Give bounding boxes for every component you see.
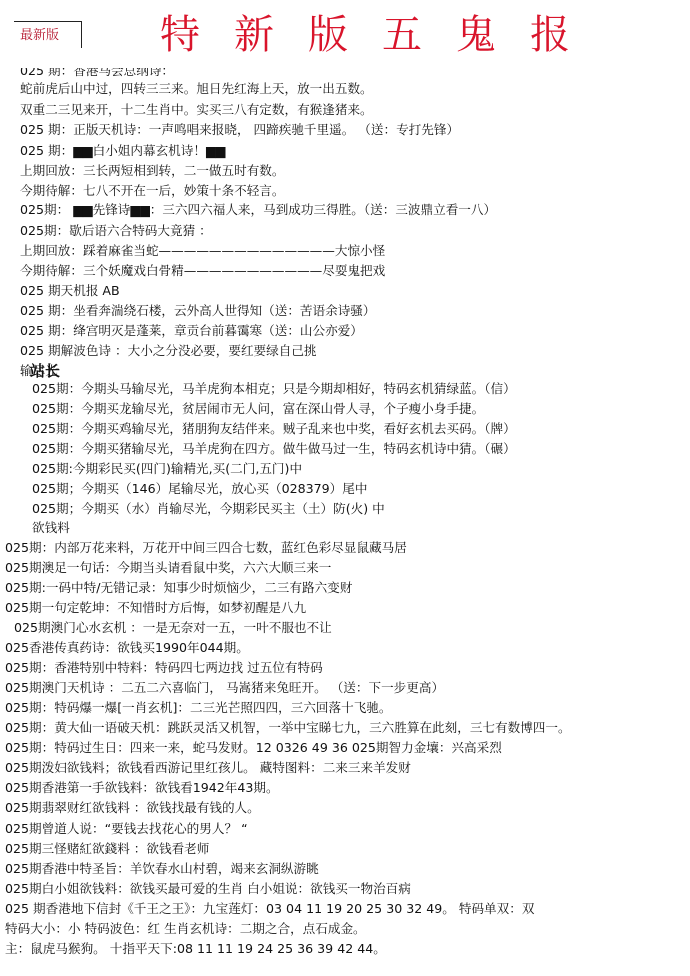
title-char: 报 xyxy=(530,3,570,60)
text-line: 025期：歇后语六合特码大竟猜 ： xyxy=(20,222,212,240)
page-title: 特 新 版 五 鬼 报 xyxy=(160,2,570,60)
text-line: 025期香港中特圣旨：羊饮春水山村碧，竭来玄洞纵游眺 xyxy=(5,860,319,878)
title-char: 五 xyxy=(382,3,422,60)
text-line: 025期：黄大仙一语破天机：跳跃灵活又机智，一举中宝睇七九，三六胜算在此刻，三七… xyxy=(5,719,571,737)
text-line: 025 期：绛宫明灭是蓬莱，章贡台前暮霭寒（送：山公亦爱） xyxy=(20,322,363,340)
text-line: 025期：今期买鸡输尽光，猪朋狗友结伴来。贼子乱来也中奖，看好玄机去买码。（牌） xyxy=(32,420,516,438)
text-line: 025期：今期买猪输尽光，马羊虎狗在四方。做牛做马过一生，特码玄机诗中猜。（碾） xyxy=(32,440,516,458)
text-line: 今期待解：三个妖魔戏白骨精———————————尽耍鬼把戏 xyxy=(20,262,385,280)
text-line: 025期：特码爆一爆[一肖玄机]：二三光芒照四四，三六回落十飞驰。 xyxy=(5,699,392,717)
webmaster-label: 站长 xyxy=(30,360,60,381)
text-line: 今期待解：七八不开在一后，妙策十条不轻言。 xyxy=(20,182,284,200)
text-line: 025期一句定乾坤：不知惜时方后悔，如梦初醒是八九 xyxy=(5,599,306,617)
text-line: 025期；今期买（146）尾输尽光，放心买（028379）尾中 xyxy=(32,480,367,498)
text-line: 025期：内部万花来料，万花开中间三四合七数，蓝红色彩尽显鼠藏马居 xyxy=(5,539,407,557)
text-line: 025 期：香港马会总纲诗： xyxy=(20,62,174,80)
text-line: 主：鼠虎马猴狗。 十指平天下:08 11 11 19 24 25 36 39 4… xyxy=(5,940,386,958)
text-line: 025期泼妇欲钱料；欲钱看西游记里红孩儿。 藏特图料：二来三来羊发财 xyxy=(5,759,411,777)
title-char: 新 xyxy=(234,3,274,60)
text-line: 025期：香港特别中特料：特码四七两边找 过五位有特码 xyxy=(5,659,323,677)
text-line: 025期三怪赌紅欲錢料 ：欲钱看老师 xyxy=(5,840,209,858)
text-line: 025期澳门天机诗 ：二五二六喜临门， 马嵩猪来兔旺开。 （送：下一步更高） xyxy=(5,679,444,697)
title-char: 鬼 xyxy=(456,3,496,60)
text-line: 025 期解波色诗 ：大小之分没必要，要红要绿自己挑 xyxy=(20,342,317,360)
text-line: 025期:一码中特/无错记录：知事少时烦恼少，二三有路六变财 xyxy=(5,579,352,597)
title-char: 版 xyxy=(308,3,348,60)
text-line: 025期翡翠财红欲钱料 ：欲钱找最有钱的人。 xyxy=(5,799,260,817)
text-line: 025 期香港地下信封《千王之王》：九宝莲灯：03 04 11 19 20 25… xyxy=(5,900,534,918)
text-line: 025 期天机报 AB xyxy=(20,282,120,300)
text-line: 025期：今期买龙输尽光，贫居闹市无人问，富在深山骨人寻，个子瘦小身手捷。 xyxy=(32,400,484,418)
text-line: 025期:今期彩民买(四门)输精光,买(二门,五门)中 xyxy=(32,460,302,478)
text-line: 025期： ▆▆先锋诗▆▆：三六四六福人来，马到成功三得胜。（送：三波鼎立看一八… xyxy=(20,201,496,219)
text-line: 025期白小姐欲钱料：欲钱买最可爱的生肖 白小姐说：欲钱买一物治百病 xyxy=(5,880,411,898)
text-line: 双重二三见来开，十二生肖中。实买三八有定数，有猴逢猪来。 xyxy=(20,101,373,119)
text-line: 025 期：坐看奔湍绕石楼，云外高人世得知（送：苦语余诗骚） xyxy=(20,302,375,320)
text-line: 025 期：▆▆白小姐内幕玄机诗！▆▆ xyxy=(20,142,225,160)
text-line: 蛇前虎后山中过，四转三三来。旭日先红海上天，放一出五数。 xyxy=(20,80,373,98)
text-line: 上期回放：三长两短相到转，二一做五时有数。 xyxy=(20,162,284,180)
text-line: 欲钱料 xyxy=(32,519,70,537)
text-line: 025期香港第一手欲钱料：欲钱看1942年43期。 xyxy=(5,779,279,797)
title-char: 特 xyxy=(160,3,200,60)
text-line: 特码大小：小 特码波色：红 生肖玄机诗：二期之合，点石成金。 xyxy=(5,920,366,938)
text-line: 上期回放：踩着麻雀当蛇——————————————大惊小怪 xyxy=(20,242,385,260)
text-line: 025期澳门心水玄机 ：一是无奈对一五，一叶不服也不让 xyxy=(14,619,332,637)
text-line: 025香港传真药诗：欲钱买1990年044期。 xyxy=(5,639,249,657)
text-line: 025期澳足一句话：今期当头请看鼠中奖，六六大顺三来一 xyxy=(5,559,331,577)
badge-label: 最新版 xyxy=(20,24,59,43)
latest-edition-badge: 最新版 xyxy=(14,21,82,48)
text-line: 025 期：正版天机诗：一声鸣唱来报晓， 四蹄疾驰千里遥。 （送：专打先锋） xyxy=(20,121,459,139)
text-line: 025期；今期买（水）肖输尽光，今期彩民买主（土）防(火) 中 xyxy=(32,500,385,518)
text-line: 025期：今期头马输尽光，马羊虎狗本相克；只是今期却相好，特码玄机猜绿蓝。（信） xyxy=(32,380,516,398)
text-line: 025期：特码过生日：四来一来，蛇马发财。12 0326 49 36 025期智… xyxy=(5,739,502,757)
text-line: 025期曾道人说：“要钱去找花心的男人？ “ xyxy=(5,820,248,838)
